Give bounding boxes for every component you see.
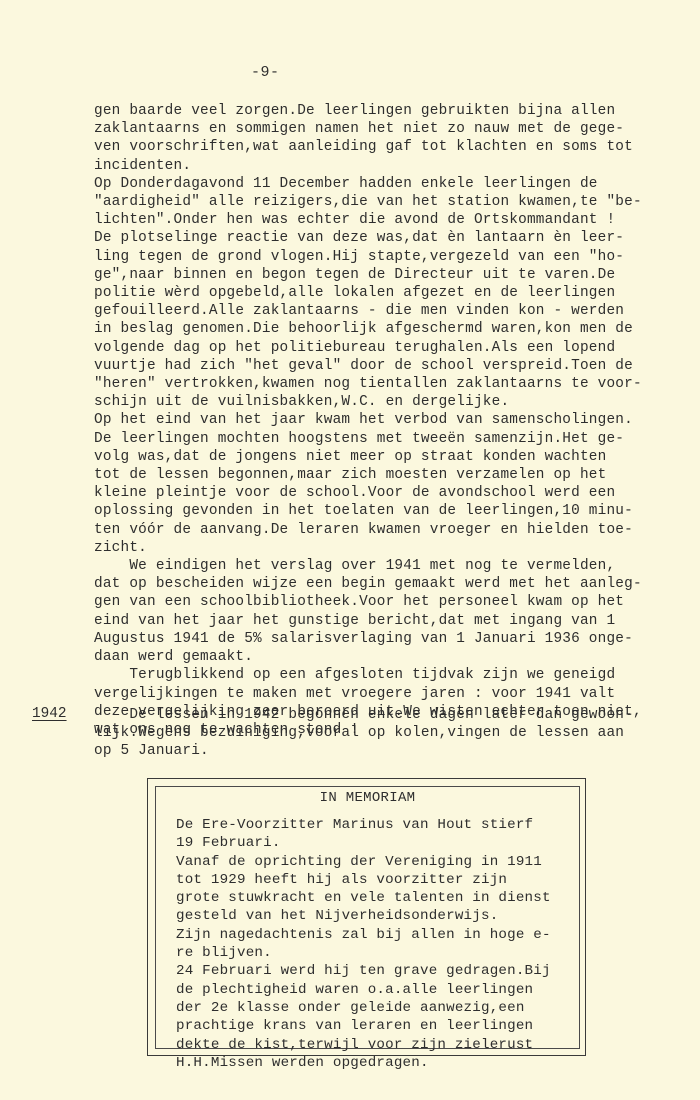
- text-line: zaklantaarns en sommigen namen het niet …: [94, 120, 684, 138]
- text-line: Op het eind van het jaar kwam het verbod…: [94, 411, 684, 429]
- text-line: volgende dag op het politiebureau terugh…: [94, 339, 684, 357]
- year-label-1942: 1942: [32, 706, 67, 722]
- text-line: "aardigheid" alle reizigers,die van het …: [94, 193, 684, 211]
- text-line: politie wèrd opgebeld,alle lokalen afgez…: [94, 284, 684, 302]
- text-line: vergelijkingen te maken met vroegere jar…: [94, 685, 684, 703]
- text-line: dat op bescheiden wijze een begin gemaak…: [94, 575, 684, 593]
- section-1942-text: De lessen in 1942 begonnen enkele dagen …: [94, 706, 684, 761]
- memoriam-line: dekte de kist,terwijl voor zijn zielerus…: [176, 1036, 576, 1054]
- memoriam-line: 19 Februari.: [176, 834, 576, 852]
- text-line: ge",naar binnen en begon tegen de Direct…: [94, 266, 684, 284]
- text-line: oplossing gevonden in het toelaten van d…: [94, 502, 684, 520]
- memoriam-line: H.H.Missen werden opgedragen.: [176, 1054, 576, 1072]
- memoriam-line: 24 Februari werd hij ten grave gedragen.…: [176, 962, 576, 980]
- text-line: ven voorschriften,wat aanleiding gaf tot…: [94, 138, 684, 156]
- text-line: volg was,dat de jongens niet meer op str…: [94, 448, 684, 466]
- page-number: -9-: [251, 64, 280, 81]
- text-line: gen baarde veel zorgen.De leerlingen geb…: [94, 102, 684, 120]
- memoriam-title: IN MEMORIAM: [155, 790, 580, 806]
- text-line: Augustus 1941 de 5% salarisverlaging van…: [94, 630, 684, 648]
- memoriam-line: de plechtigheid waren o.a.alle leerlinge…: [176, 981, 576, 999]
- text-line: "heren" vertrokken,kwamen nog tientallen…: [94, 375, 684, 393]
- text-line: zicht.: [94, 539, 684, 557]
- memoriam-line: re blijven.: [176, 944, 576, 962]
- memoriam-line: tot 1929 heeft hij als voorzitter zijn: [176, 871, 576, 889]
- text-line: schijn uit de vuilnisbakken,W.C. en derg…: [94, 393, 684, 411]
- body-text: gen baarde veel zorgen.De leerlingen geb…: [94, 102, 684, 739]
- text-line: De leerlingen mochten hoogstens met twee…: [94, 430, 684, 448]
- text-line: vuurtje had zich "het geval" door de sch…: [94, 357, 684, 375]
- memoriam-line: Vanaf de oprichting der Vereniging in 19…: [176, 853, 576, 871]
- text-line: Op Donderdagavond 11 December hadden enk…: [94, 175, 684, 193]
- memoriam-line: prachtige krans van leraren en leerlinge…: [176, 1017, 576, 1035]
- text-line: kleine pleintje voor de school.Voor de a…: [94, 484, 684, 502]
- text-line: gen van een schoolbibliotheek.Voor het p…: [94, 593, 684, 611]
- text-line: gefouilleerd.Alle zaklantaarns - die men…: [94, 302, 684, 320]
- text-line: op 5 Januari.: [94, 742, 684, 760]
- text-line: Terugblikkend op een afgesloten tijdvak …: [94, 666, 684, 684]
- text-line: De lessen in 1942 begonnen enkele dagen …: [94, 706, 684, 724]
- text-line: lichten".Onder hen was echter die avond …: [94, 211, 684, 229]
- memoriam-text: De Ere-Voorzitter Marinus van Hout stier…: [176, 816, 576, 1072]
- text-line: lijk.Wegens bezuiniging,vooral op kolen,…: [94, 724, 684, 742]
- memoriam-line: gesteld van het Nijverheidsonderwijs.: [176, 907, 576, 925]
- memoriam-line: der 2e klasse onder geleide aanwezig,een: [176, 999, 576, 1017]
- memoriam-line: grote stuwkracht en vele talenten in die…: [176, 889, 576, 907]
- text-line: in beslag genomen.Die behoorlijk afgesch…: [94, 320, 684, 338]
- text-line: ling tegen de grond vlogen.Hij stapte,ve…: [94, 248, 684, 266]
- text-line: eind van het jaar het gunstige bericht,d…: [94, 612, 684, 630]
- text-line: ten vóór de aanvang.De leraren kwamen vr…: [94, 521, 684, 539]
- text-line: incidenten.: [94, 157, 684, 175]
- text-line: tot de lessen begonnen,maar zich moesten…: [94, 466, 684, 484]
- memoriam-line: De Ere-Voorzitter Marinus van Hout stier…: [176, 816, 576, 834]
- memoriam-line: Zijn nagedachtenis zal bij allen in hoge…: [176, 926, 576, 944]
- text-line: daan werd gemaakt.: [94, 648, 684, 666]
- text-line: We eindigen het verslag over 1941 met no…: [94, 557, 684, 575]
- text-line: De plotselinge reactie van deze was,dat …: [94, 229, 684, 247]
